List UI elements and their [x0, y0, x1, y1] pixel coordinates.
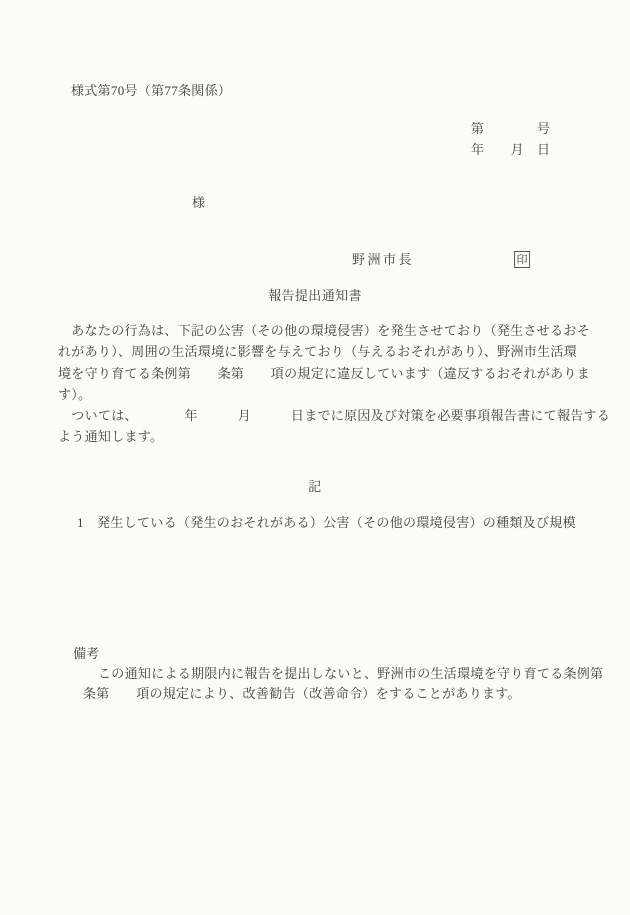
notes-line: 条第 項の規定により、改善勧告（改善命令）をすることがあります。 — [83, 686, 521, 701]
record-heading: 記 — [0, 479, 630, 494]
form-number: 様式第70号（第77条関係） — [71, 83, 231, 98]
body-line: よう通知します。 — [58, 426, 610, 447]
body-paragraph: あなたの行為は、下記の公害（その他の環境侵害）を発生させており（発生させるおそ … — [58, 320, 610, 448]
body-line: 境を守り育てる条例第 条第 項の規定に違反しています（違反するおそれがありま — [58, 363, 610, 384]
document-page: 様式第70号（第77条関係） 第 号 年 月 日 様 野洲市長 印 報告提出通知… — [0, 0, 630, 915]
record-item-1: 1 発生している（発生のおそれがある）公害（その他の環境侵害）の種類及び規模 — [77, 515, 576, 530]
date-blank: 年 月 日 — [471, 140, 550, 161]
doc-number-blank: 第 号 — [471, 119, 550, 140]
notes-line: この通知による期限内に報告を提出しないと、野洲市の生活環境を守り育てる条例第 — [98, 666, 603, 681]
document-title: 報告提出通知書 — [0, 288, 630, 303]
addressee-honorific: 様 — [192, 195, 205, 210]
issuer-name: 野洲市長 — [352, 252, 414, 267]
body-line: ついては、 年 月 日までに原因及び対策を必要事項報告書にて報告する — [58, 405, 610, 426]
seal-placeholder-box: 印 — [514, 251, 530, 268]
body-line: す）。 — [58, 384, 610, 405]
notes-heading: 備考 — [73, 646, 100, 661]
body-line: れがあり）、周囲の生活環境に影響を与えており（与えるおそれがあり）、野洲市生活環 — [58, 341, 610, 362]
body-line: あなたの行為は、下記の公害（その他の環境侵害）を発生させており（発生させるおそ — [58, 320, 610, 341]
doc-number-block: 第 号 年 月 日 — [471, 119, 550, 160]
